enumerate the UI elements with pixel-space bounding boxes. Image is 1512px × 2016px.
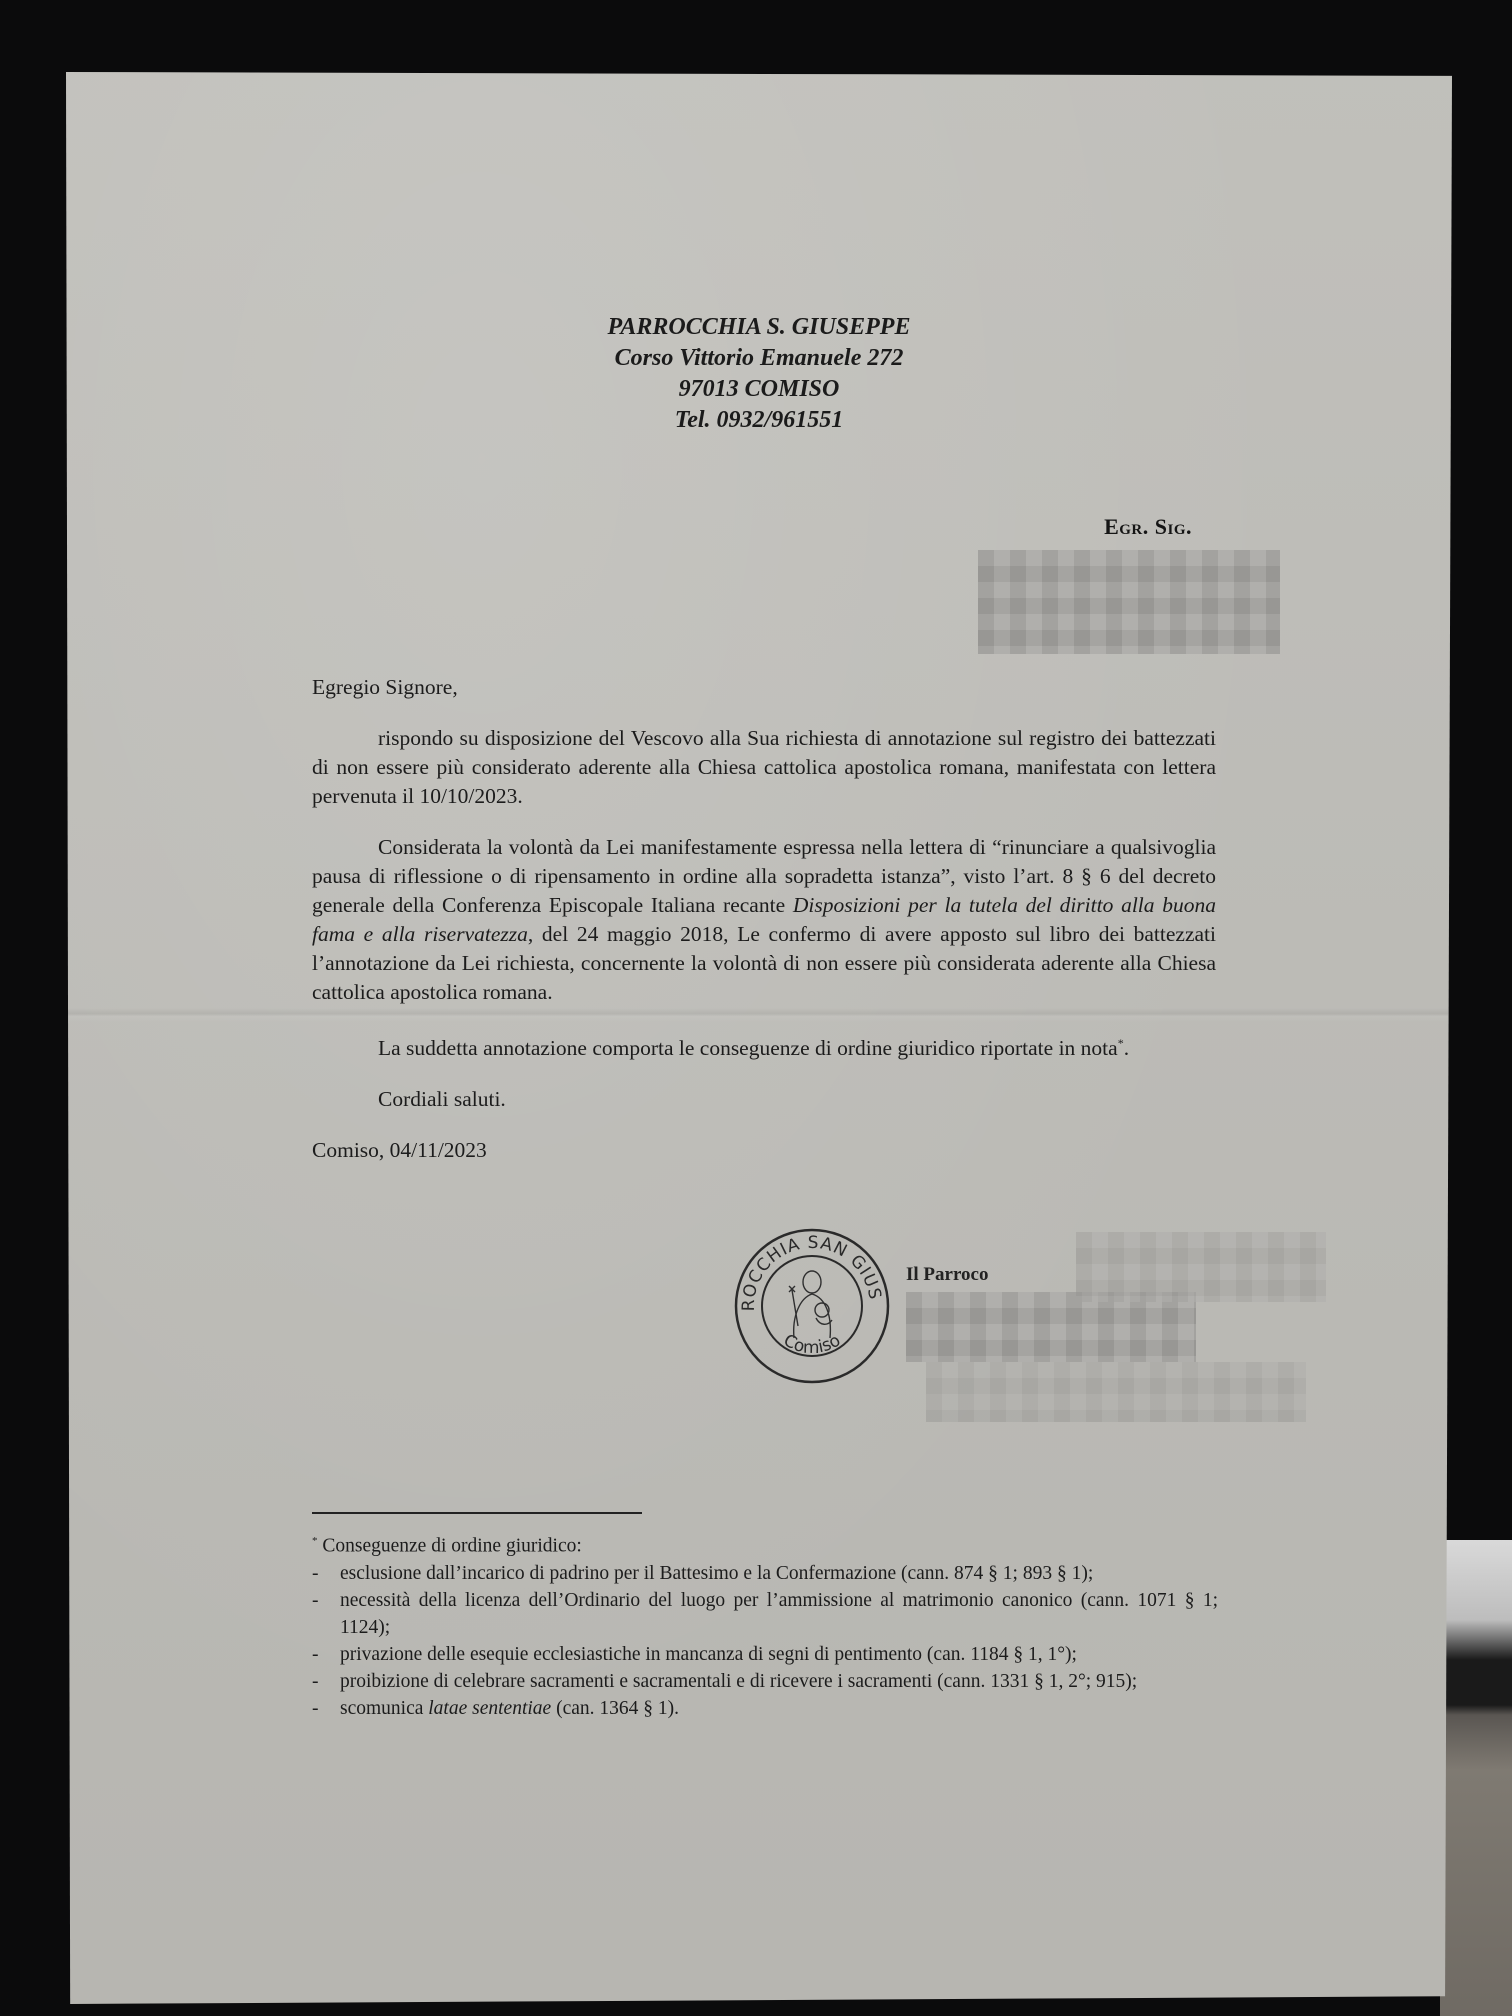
footnote-item: - necessità della licenza dell’Ordinario…: [312, 1587, 1218, 1641]
excommunication-text: scomunica: [340, 1698, 428, 1719]
footnote-title-mark: *: [312, 1535, 318, 1547]
footnote-title: * Conseguenze di ordine giuridico:: [312, 1528, 1218, 1560]
consequences-text: La suddetta annotazione comporta le cons…: [378, 1036, 1118, 1060]
paragraph-confirmation: Considerata la volontà da Lei manifestam…: [312, 833, 1216, 1007]
footnote-text: necessità della licenza dell’Ordinario d…: [340, 1587, 1218, 1641]
paragraph-consequences: La suddetta annotazione comporta le cons…: [312, 1029, 1216, 1063]
signature-redacted-c: [926, 1362, 1306, 1422]
svg-text:Comiso: Comiso: [780, 1330, 844, 1358]
footnote-text: privazione delle esequie ecclesiastiche …: [340, 1641, 1218, 1668]
footnote-item: - proibizione di celebrare sacramenti e …: [312, 1668, 1218, 1695]
footnote-text: scomunica latae sententiae (can. 1364 § …: [340, 1695, 1218, 1722]
desk-surface: [1440, 1540, 1512, 2016]
footnote-text: proibizione di celebrare sacramenti e sa…: [340, 1668, 1218, 1695]
parish-name: PARROCCHIA S. GIUSEPPE: [66, 312, 1452, 343]
letter-body: rispondo su disposizione del Vescovo all…: [312, 724, 1216, 1165]
signature-label: Il Parroco: [906, 1264, 989, 1286]
place-date: Comiso, 04/11/2023: [312, 1136, 1216, 1165]
signature-redacted-a: [906, 1292, 1196, 1362]
parish-stamp: PARROCCHIA SAN GIUSEPPE Comiso: [732, 1226, 892, 1386]
signature-redacted-b: [1076, 1232, 1326, 1302]
footnote-text: esclusione dall’incarico di padrino per …: [340, 1560, 1218, 1587]
recipient-name-redacted: [978, 550, 1280, 654]
footnote-separator: [312, 1512, 642, 1514]
recipient-label: Egr. Sig.: [1104, 514, 1192, 540]
paragraph-request: rispondo su disposizione del Vescovo all…: [312, 724, 1216, 811]
footnote-title-text: Conseguenze di ordine giuridico:: [322, 1536, 581, 1557]
footnote-dash: -: [312, 1668, 340, 1695]
footnote-dash: -: [312, 1587, 340, 1641]
consequences-period: .: [1124, 1036, 1129, 1060]
footnote-item: - privazione delle esequie ecclesiastich…: [312, 1641, 1218, 1668]
footnote-dash: -: [312, 1560, 340, 1587]
latae-sententiae: latae sententiae: [428, 1698, 551, 1719]
letter-paper: PARROCCHIA S. GIUSEPPE Corso Vittorio Em…: [66, 72, 1452, 2004]
excommunication-canon: (can. 1364 § 1).: [551, 1698, 679, 1719]
footnote-item: - esclusione dall’incarico di padrino pe…: [312, 1560, 1218, 1587]
footnote-dash: -: [312, 1641, 340, 1668]
saint-joseph-with-child-icon: [789, 1271, 832, 1338]
parish-phone: Tel. 0932/961551: [66, 405, 1452, 436]
parish-address: Corso Vittorio Emanuele 272: [66, 343, 1452, 374]
letterhead: PARROCCHIA S. GIUSEPPE Corso Vittorio Em…: [66, 312, 1452, 436]
parish-city: 97013 COMISO: [66, 374, 1452, 405]
footnotes: * Conseguenze di ordine giuridico: - esc…: [312, 1528, 1218, 1722]
closing: Cordiali saluti.: [312, 1085, 1216, 1114]
footnote-item: - scomunica latae sententiae (can. 1364 …: [312, 1695, 1218, 1722]
salutation: Egregio Signore,: [312, 673, 1216, 702]
footnote-dash: -: [312, 1695, 340, 1722]
